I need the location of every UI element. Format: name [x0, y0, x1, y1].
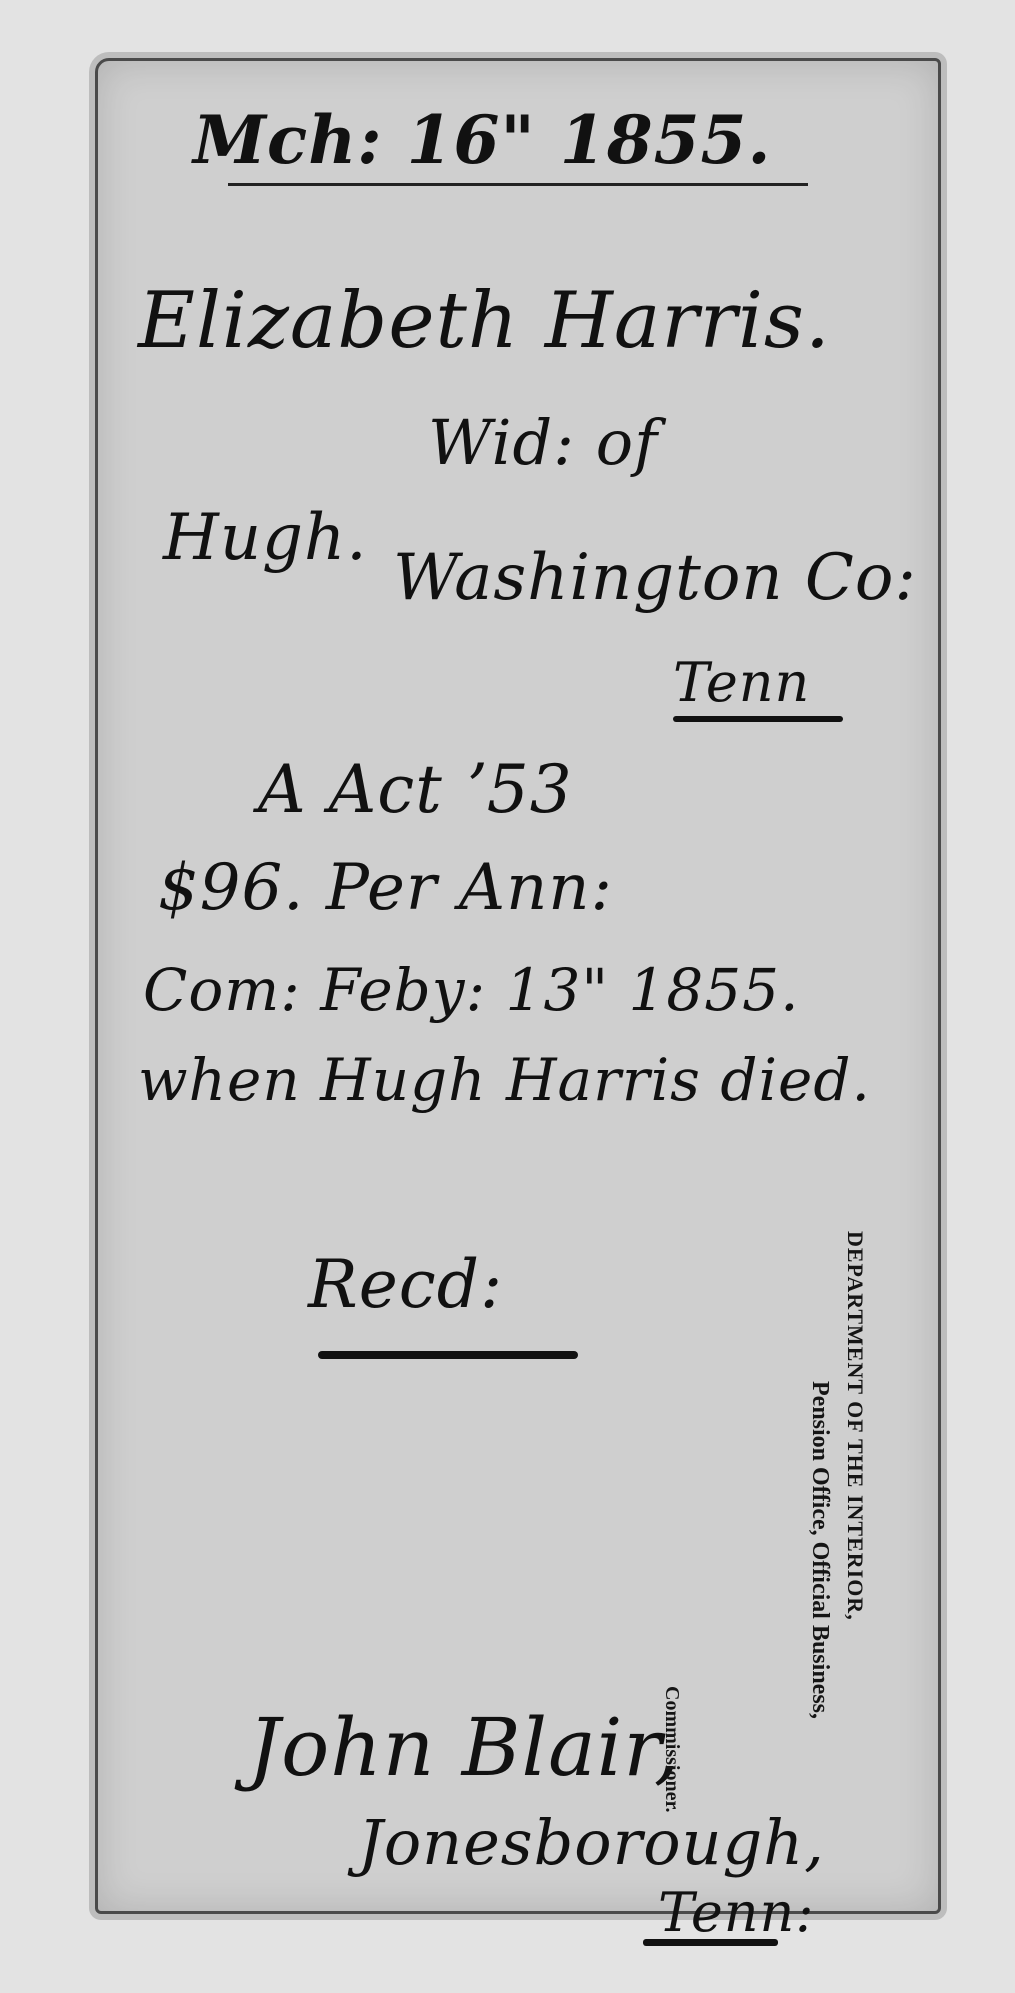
- agent-town: Jonesborough,: [358, 1806, 825, 1879]
- agent-name: John Blair,: [248, 1701, 680, 1794]
- county: Washington Co:: [393, 541, 917, 615]
- date-line: Mch: 16" 1855.: [193, 101, 771, 179]
- printed-signatory: Commissioner.: [660, 1686, 683, 1812]
- husband-name: Hugh.: [163, 501, 368, 575]
- commencement-reason: when Hugh Harris died.: [138, 1046, 871, 1114]
- relationship: Wid: of: [428, 406, 658, 479]
- printed-office: Pension Office, Official Business,: [806, 1381, 833, 1719]
- pension-amount: $96. Per Ann:: [158, 851, 613, 925]
- received-mark: Recd:: [308, 1246, 503, 1323]
- state-underline: [673, 716, 843, 722]
- act-reference: A Act ʼ53: [258, 751, 573, 828]
- printed-department: DEPARTMENT OF THE INTERIOR,: [842, 1231, 868, 1621]
- date-underline: [228, 183, 808, 186]
- agent-state: Tenn:: [658, 1881, 815, 1944]
- commenced-date: Com: Feby: 13" 1855.: [143, 956, 800, 1024]
- claimant-name: Elizabeth Harris.: [138, 276, 831, 366]
- state: Tenn: [673, 651, 810, 714]
- agent-state-underline: [643, 1939, 778, 1946]
- received-underline: [318, 1351, 578, 1359]
- document-sheet: Mch: 16" 1855. Elizabeth Harris. Wid: of…: [95, 58, 941, 1914]
